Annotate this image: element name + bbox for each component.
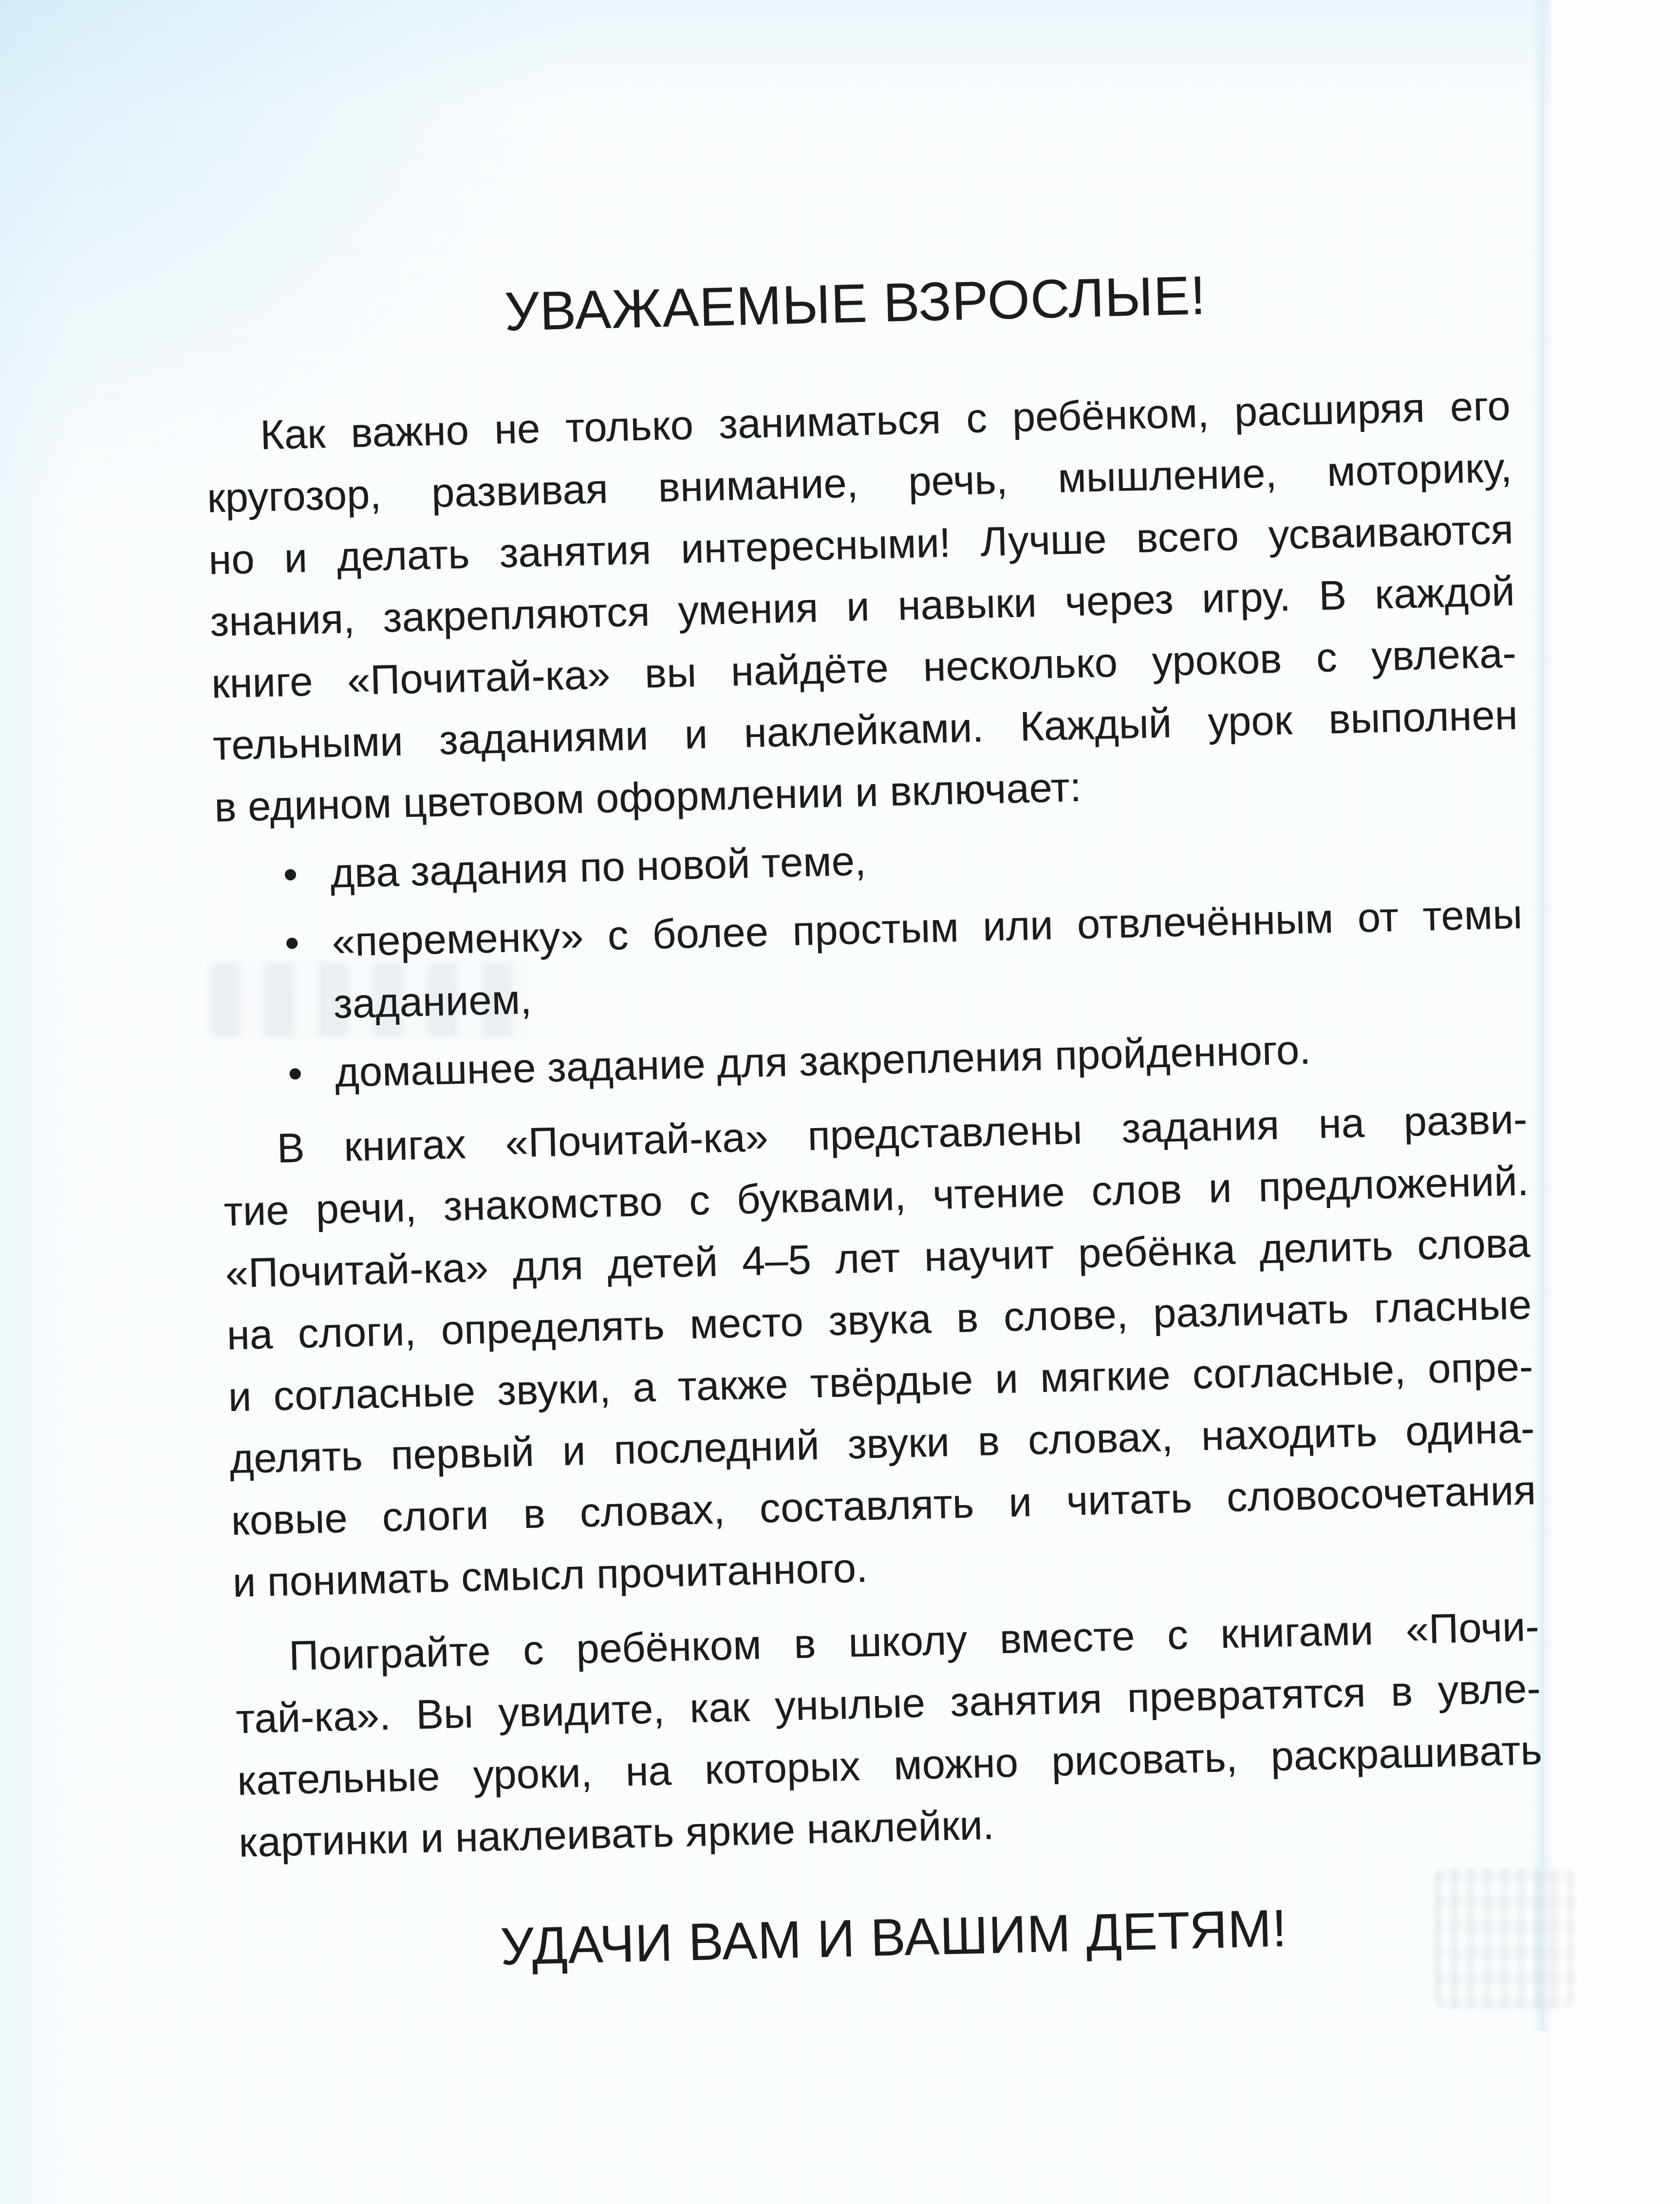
bullet-marker: • bbox=[284, 912, 300, 975]
scanned-page: УВАЖАЕМЫЕ ВЗРОСЛЫЕ! Как важно не только … bbox=[0, 0, 1680, 2204]
page-title: УВАЖАЕМЫЕ ВЗРОСЛЫЕ! bbox=[202, 254, 1509, 353]
paragraph-2: В книгах «Почитай-ка» представлены задан… bbox=[222, 1088, 1538, 1614]
page-text-block: УВАЖАЕМЫЕ ВЗРОСЛЫЕ! Как важно не только … bbox=[202, 254, 1547, 1987]
closing-heading: УДАЧИ ВАМ И ВАШИМ ДЕТЯМ! bbox=[241, 1888, 1547, 1987]
bullet-item: • «переменку» с более простым или отвлеч… bbox=[217, 884, 1524, 1038]
bullet-marker: • bbox=[282, 844, 299, 906]
paragraph-1: Как важно не только заниматься с ребёнко… bbox=[205, 375, 1520, 839]
paragraph-3: Поиграйте с ребёнком в школу вместе с кн… bbox=[234, 1596, 1544, 1874]
bullet-marker: • bbox=[287, 1043, 303, 1105]
bullet-list: • два задания по новой теме, • «переменк… bbox=[215, 815, 1526, 1107]
